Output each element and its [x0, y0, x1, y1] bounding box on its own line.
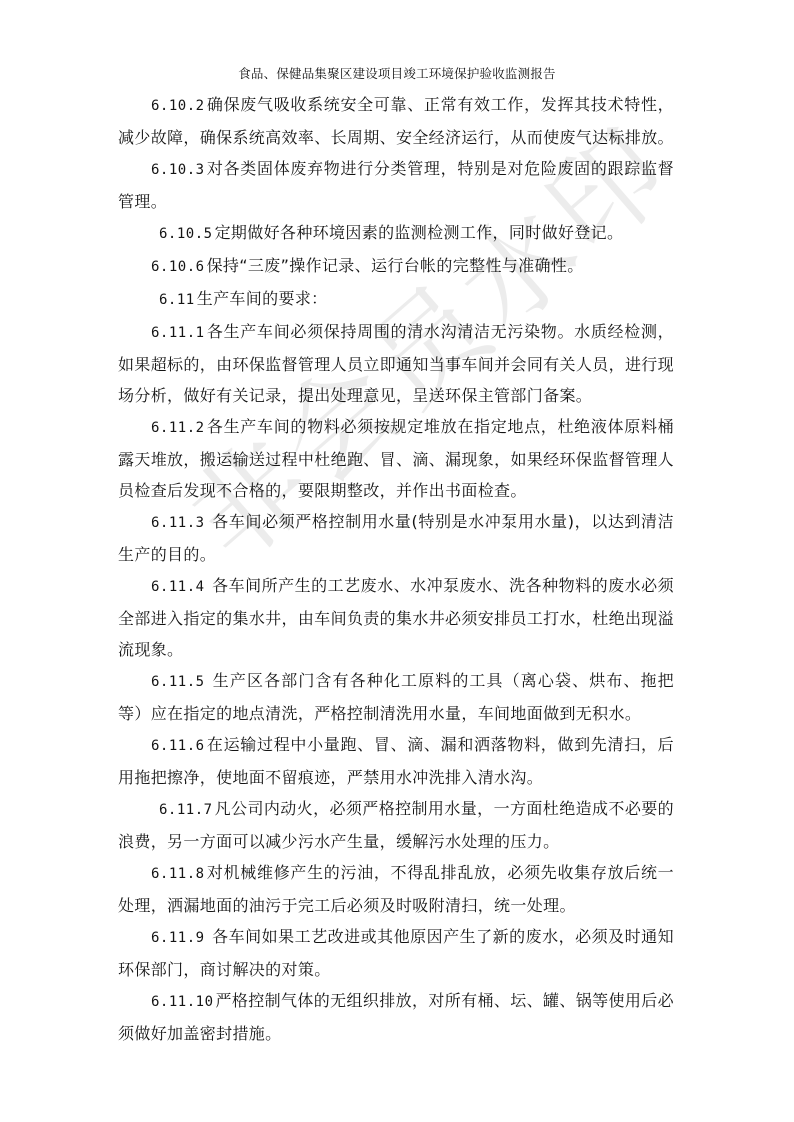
- section-number: 6.10.3: [151, 162, 205, 178]
- paragraph-6-11-1: 6.11.1各生产车间必须保持周围的清水沟清洁无污染物。水质经检测，如果超标的，…: [118, 316, 674, 411]
- section-number: 6.10.2: [151, 98, 205, 114]
- paragraph-6-10-6: 6.10.6保持“三废”操作记录、运行台帐的完整性与准确性。: [118, 250, 674, 283]
- paragraph-6-11-3: 6.11.3 各车间必须严格控制用水量(特别是水冲泵用水量)，以达到清洁生产的目…: [118, 506, 674, 570]
- paragraph-6-10-2: 6.10.2确保废气吸收系统安全可靠、正常有效工作，发挥其技术特性，减少故障，确…: [118, 89, 674, 153]
- paragraph-6-10-5: 6.10.5定期做好各种环境因素的监测检测工作，同时做好登记。: [118, 217, 674, 250]
- section-number: 6.11.4: [151, 579, 205, 595]
- section-number: 6.11.1: [151, 325, 205, 341]
- paragraph-6-11-2: 6.11.2各生产车间的物料必须按规定堆放在指定地点，杜绝液体原料桶露天堆放，搬…: [118, 411, 674, 506]
- document-body: 6.10.2确保废气吸收系统安全可靠、正常有效工作，发挥其技术特性，减少故障，确…: [118, 89, 674, 1049]
- paragraph-6-11-9: 6.11.9 各车间如果工艺改进或其他原因产生了新的废水，必须及时通知环保部门，…: [118, 921, 674, 985]
- section-number: 6.11.5: [151, 674, 205, 690]
- section-number: 6.11.9: [151, 930, 205, 946]
- section-heading-6-11: 6.11生产车间的要求：: [118, 283, 674, 316]
- section-number: 6.11.7: [159, 802, 213, 818]
- paragraph-text: 保持“三废”操作记录、运行台帐的完整性与准确性。: [207, 256, 584, 275]
- section-number: 6.11.8: [151, 866, 205, 882]
- section-number: 6.11.2: [151, 420, 205, 436]
- paragraph-6-11-6: 6.11.6在运输过程中小量跑、冒、滴、漏和洒落物料，做到先清扫，后用拖把擦净，…: [118, 729, 674, 793]
- paragraph-6-11-7: 6.11.7凡公司内动火，必须严格控制用水量，一方面杜绝造成不必要的浪费，另一方…: [118, 793, 674, 857]
- section-number: 6.11: [159, 292, 195, 308]
- paragraph-6-11-10: 6.11.10严格控制气体的无组织排放，对所有桶、坛、罐、锅等使用后必须做好加盖…: [118, 985, 674, 1049]
- section-number: 6.11.10: [151, 994, 214, 1010]
- paragraph-6-11-8: 6.11.8对机械维修产生的污油，不得乱排乱放，必须先收集存放后统一处理，洒漏地…: [118, 857, 674, 921]
- page-header-title: 食品、保健品集聚区建设项目竣工环境保护验收监测报告: [0, 64, 794, 82]
- paragraph-6-10-3: 6.10.3对各类固体废弃物进行分类管理，特别是对危险废固的跟踪监督管理。: [118, 153, 674, 217]
- section-number: 6.11.6: [151, 738, 205, 754]
- section-number: 6.10.5: [159, 226, 213, 242]
- section-number: 6.11.3: [151, 515, 205, 531]
- paragraph-text: 定期做好各种环境因素的监测检测工作，同时做好登记。: [215, 223, 624, 242]
- section-number: 6.10.6: [151, 259, 205, 275]
- paragraph-text: 生产车间的要求：: [197, 289, 328, 308]
- paragraph-6-11-5: 6.11.5 生产区各部门含有各种化工原料的工具（离心袋、烘布、拖把等）应在指定…: [118, 665, 674, 729]
- paragraph-6-11-4: 6.11.4 各车间所产生的工艺废水、水冲泵废水、洗各种物料的废水必须全部进入指…: [118, 570, 674, 665]
